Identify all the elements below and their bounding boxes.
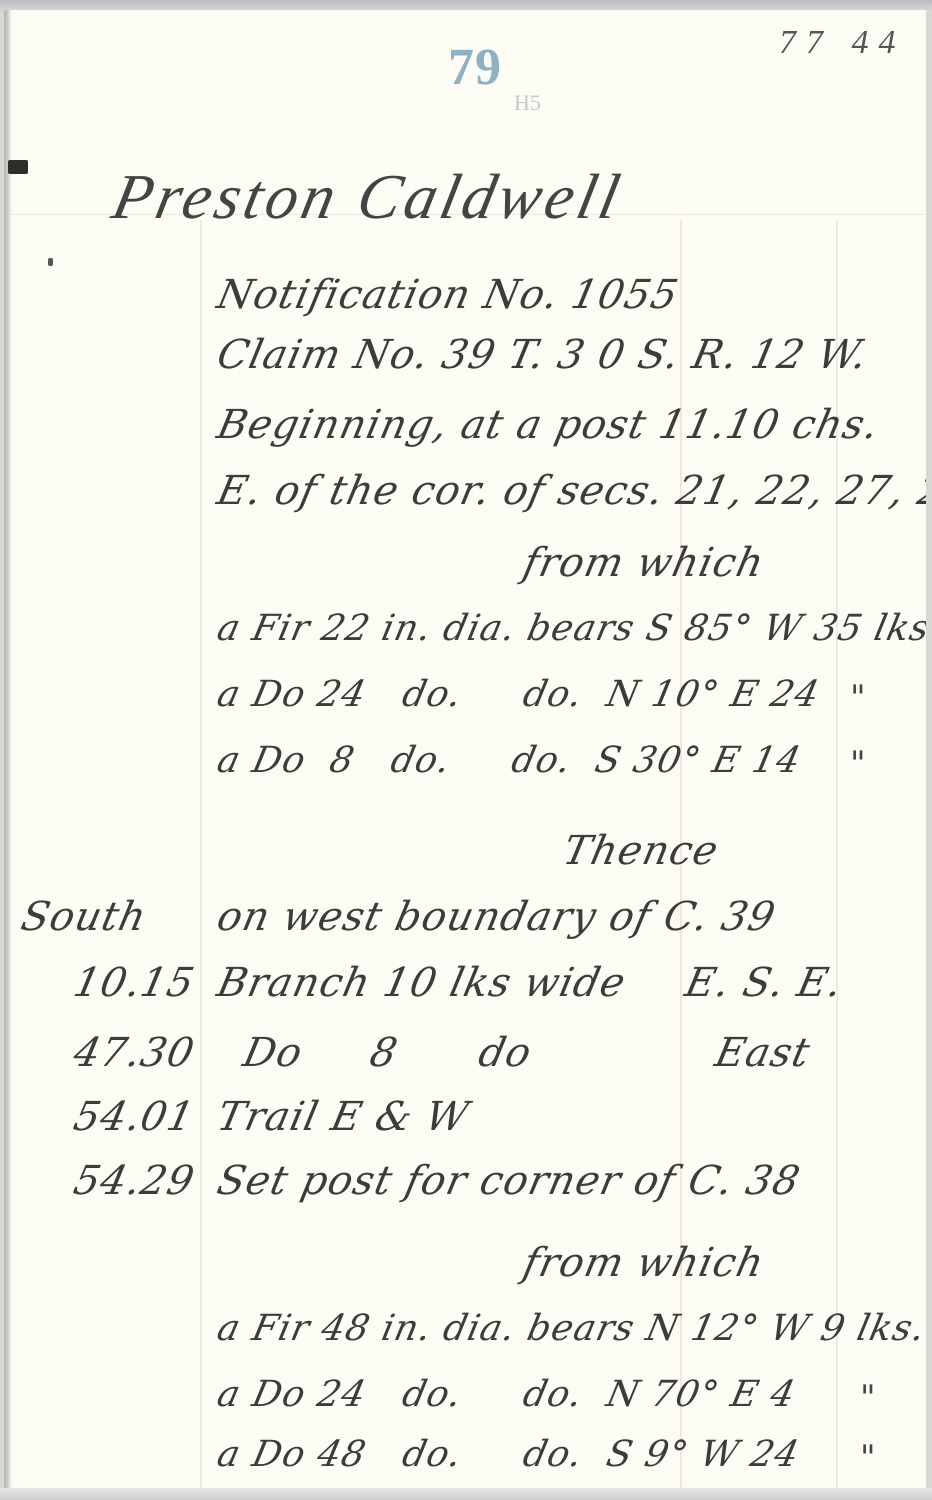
ink-blot [8, 160, 28, 174]
ditto-mark: " [860, 1438, 876, 1478]
stamp-number: 79 [448, 38, 502, 97]
scan-bottom-border [0, 1488, 932, 1500]
page-number: 77 44 [779, 24, 906, 62]
entry-direction: E. S. E. [681, 960, 847, 1006]
course-direction: South [17, 894, 151, 940]
from-which-line: from which [519, 540, 768, 586]
entry-description: Branch 10 lks wide [213, 960, 630, 1006]
bearing-tree-line: a Fir 48 in. dia. bears N 12° W 9 lks. [214, 1308, 926, 1349]
scan-top-border [0, 0, 932, 10]
bearing-tree-line: a Do 48 do. do. S 9° W 24 [214, 1434, 804, 1475]
entry-distance: 54.29 [39, 1158, 199, 1204]
claim-line: Claim No. 39 T. 3 0 S. R. 12 W. [213, 332, 872, 378]
corner-line: E. of the cor. of secs. 21, 22, 27, 28 [213, 468, 926, 514]
from-which-line: from which [519, 1240, 768, 1286]
entry-description: Trail E & W [213, 1094, 473, 1140]
beginning-line: Beginning, at a post 11.10 chs. [213, 402, 883, 448]
bearing-tree-line: a Do 24 do. do. N 70° E 4 [214, 1374, 800, 1415]
entry-distance: 47.30 [39, 1030, 199, 1076]
course-description: on west boundary of C. 39 [213, 894, 780, 940]
margin-rule-line [200, 220, 202, 1488]
thence-label: Thence [559, 828, 723, 874]
ditto-mark: " [850, 744, 866, 784]
entry-description: Do 8 do [239, 1030, 536, 1076]
notification-line: Notification No. 1055 [213, 272, 683, 318]
entry-description: Set post for corner of C. 38 [213, 1158, 804, 1204]
ink-mark [48, 258, 53, 266]
stamp-subscript: H5 [514, 90, 541, 116]
bearing-tree-line: a Fir 22 in. dia. bears S 85° W 35 lks. [214, 608, 926, 649]
ditto-mark: " [860, 1378, 876, 1418]
document-page: 79 H5 77 44 Preston Caldwell Notificatio… [4, 10, 926, 1488]
bearing-tree-line: a Do 8 do. do. S 30° E 14 [214, 740, 805, 781]
bearing-tree-line: a Do 24 do. do. N 10° E 24 [214, 674, 824, 715]
page-binding-edge [4, 10, 12, 1488]
document-title: Preston Caldwell [106, 160, 630, 234]
entry-distance: 54.01 [39, 1094, 199, 1140]
entry-direction: East [711, 1030, 814, 1076]
entry-distance: 10.15 [39, 960, 199, 1006]
ditto-mark: " [850, 678, 866, 718]
